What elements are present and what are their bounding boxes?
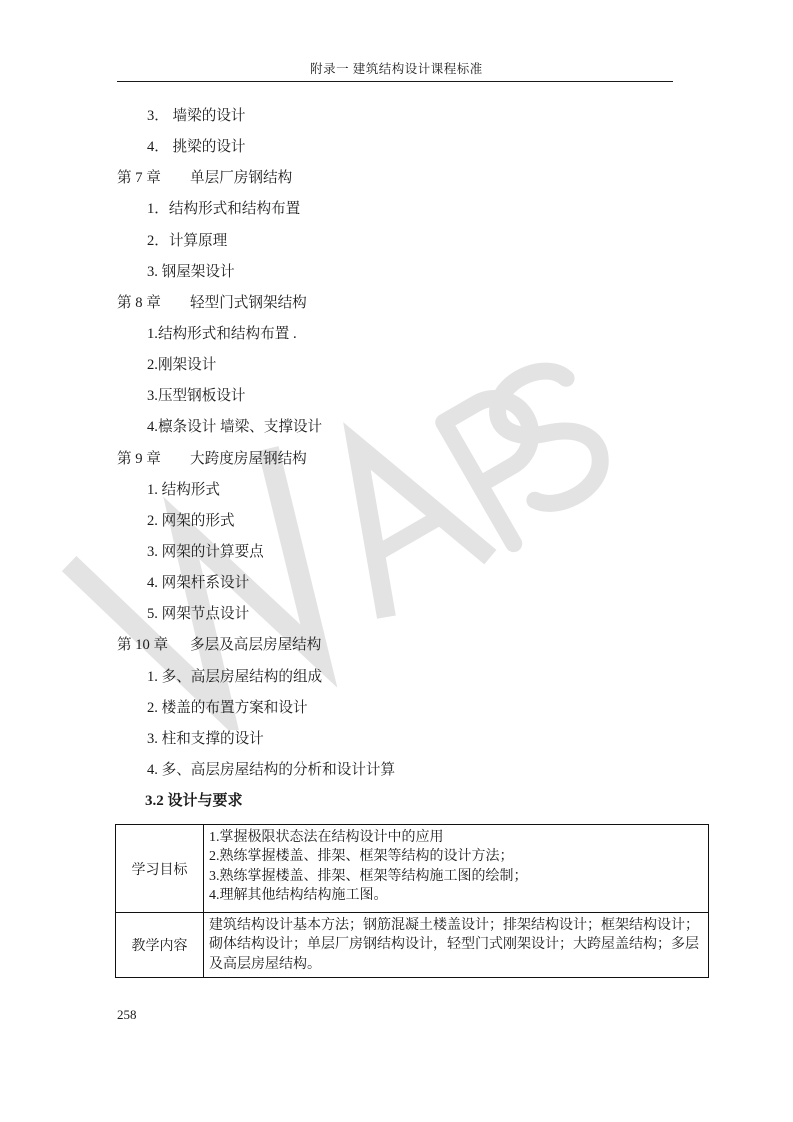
- course-table: 学习目标 1.掌握极限状态法在结构设计中的应用 2.熟练掌握楼盖、排架、框架等结…: [115, 824, 709, 978]
- outline-item: 1．结构形式和结构布置: [0, 192, 793, 223]
- document-page: 附录一 建筑结构设计课程标准 3． 墙梁的设计4． 挑梁的设计第 7 章单层厂房…: [0, 0, 793, 1122]
- table-label-learning-goals: 学习目标: [116, 825, 204, 913]
- table-content-teaching-content: 建筑结构设计基本方法；钢筋混凝土楼盖设计；排架结构设计；框架结构设计；砌体结构设…: [204, 913, 709, 978]
- outline-item: 4. 多、高层房屋结构的分析和设计计算: [0, 753, 793, 784]
- outline-item: 4. 网架杆系设计: [0, 566, 793, 597]
- outline-chapter: 第 9 章大跨度房屋钢结构: [0, 442, 793, 473]
- outline-item: 3． 墙梁的设计: [0, 99, 793, 130]
- chapter-title: 多层及高层房屋结构: [190, 633, 321, 654]
- outline-item: 3. 柱和支撑的设计: [0, 722, 793, 753]
- outline-item: 2. 楼盖的布置方案和设计: [0, 691, 793, 722]
- outline-item: 2．计算原理: [0, 224, 793, 255]
- outline-item: 1.结构形式和结构布置 .: [0, 317, 793, 348]
- chapter-title: 大跨度房屋钢结构: [190, 447, 307, 468]
- outline: 3． 墙梁的设计4． 挑梁的设计第 7 章单层厂房钢结构1．结构形式和结构布置2…: [0, 99, 793, 815]
- chapter-number: 第 8 章: [117, 291, 190, 312]
- table-row: 教学内容 建筑结构设计基本方法；钢筋混凝土楼盖设计；排架结构设计；框架结构设计；…: [116, 913, 709, 978]
- table-label-teaching-content: 教学内容: [116, 913, 204, 978]
- outline-item: 2.刚架设计: [0, 348, 793, 379]
- outline-item: 1. 多、高层房屋结构的组成: [0, 660, 793, 691]
- outline-item: 1. 结构形式: [0, 473, 793, 504]
- chapter-number: 第 7 章: [117, 166, 190, 187]
- chapter-title: 单层厂房钢结构: [190, 166, 292, 187]
- outline-item: 2. 网架的形式: [0, 504, 793, 535]
- outline-item: 5. 网架节点设计: [0, 597, 793, 628]
- header-rule: [117, 81, 673, 82]
- page-header-text: 附录一 建筑结构设计课程标准: [310, 62, 483, 76]
- outline-chapter: 第 7 章单层厂房钢结构: [0, 161, 793, 192]
- outline-item: 4.檩条设计 墙梁、支撑设计: [0, 410, 793, 441]
- outline-item: 3. 钢屋架设计: [0, 255, 793, 286]
- outline-chapter: 第 10 章多层及高层房屋结构: [0, 628, 793, 659]
- content-layer: 附录一 建筑结构设计课程标准 3． 墙梁的设计4． 挑梁的设计第 7 章单层厂房…: [0, 0, 793, 1122]
- chapter-number: 第 9 章: [117, 447, 190, 468]
- outline-item: 4． 挑梁的设计: [0, 130, 793, 161]
- table-row: 学习目标 1.掌握极限状态法在结构设计中的应用 2.熟练掌握楼盖、排架、框架等结…: [116, 825, 709, 913]
- page-number: 258: [117, 1007, 137, 1023]
- chapter-title: 轻型门式钢架结构: [190, 291, 307, 312]
- outline-chapter: 第 8 章轻型门式钢架结构: [0, 286, 793, 317]
- page-header: 附录一 建筑结构设计课程标准: [0, 59, 793, 77]
- outline-item: 3.压型钢板设计: [0, 379, 793, 410]
- section-heading: 3.2 设计与要求: [0, 784, 793, 815]
- chapter-number: 第 10 章: [117, 633, 190, 654]
- table-content-learning-goals: 1.掌握极限状态法在结构设计中的应用 2.熟练掌握楼盖、排架、框架等结构的设计方…: [204, 825, 709, 913]
- outline-item: 3. 网架的计算要点: [0, 535, 793, 566]
